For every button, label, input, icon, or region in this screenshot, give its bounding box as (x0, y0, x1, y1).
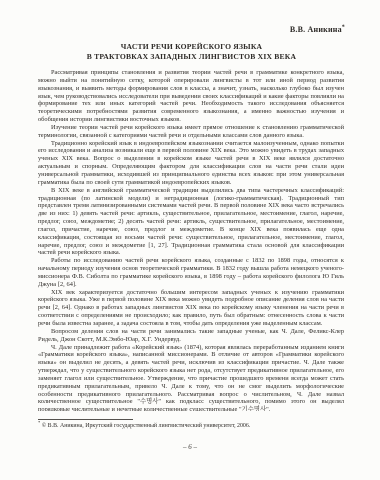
paragraph: Традиционно корейский язык в индоевропей… (38, 140, 344, 187)
paragraph: XIX век характеризуется достаточно больш… (38, 289, 344, 328)
scanned-paper-page: В.В. Аникина* ЧАСТИ РЕЧИ КОРЕЙСКОГО ЯЗЫК… (0, 0, 380, 480)
author-line: В.В. Аникина* (38, 25, 345, 34)
paragraph: Рассматривая принципы становления и разв… (38, 69, 344, 124)
paper-title: ЧАСТИ РЕЧИ КОРЕЙСКОГО ЯЗЫКА В ТРАКТОВКАХ… (38, 42, 345, 61)
paper-title-line1: ЧАСТИ РЕЧИ КОРЕЙСКОГО ЯЗЫКА (38, 42, 345, 52)
paper-body: Рассматривая принципы становления и разв… (38, 69, 344, 411)
paragraph: Работы по исследованию частей речи корей… (38, 257, 344, 288)
paragraph: Изучение теории частей речи корейского я… (38, 124, 344, 140)
paragraph: Вопросом деления слов на части речи зани… (38, 328, 344, 344)
author-footnote-marker: * (342, 24, 345, 30)
paragraph: Ч. Дале принадлежит работа «Корейский яз… (38, 344, 344, 411)
paragraph: В XIX веке в английской грамматической т… (38, 187, 344, 258)
footnote-block: * © В.В. Аникина, Иркутский государствен… (38, 419, 344, 430)
footnote-text: * © В.В. Аникина, Иркутский государствен… (38, 423, 344, 430)
paper-title-line2: В ТРАКТОВКАХ ЗАПАДНЫХ ЛИНГВИСТОВ XIX ВЕК… (38, 52, 345, 62)
author-name: В.В. Аникина (290, 25, 342, 34)
footnote-copyright: © В.В. Аникина, Иркутский государственны… (40, 423, 250, 429)
footnote-divider (38, 419, 133, 420)
page-number: – 6 – (0, 443, 380, 451)
